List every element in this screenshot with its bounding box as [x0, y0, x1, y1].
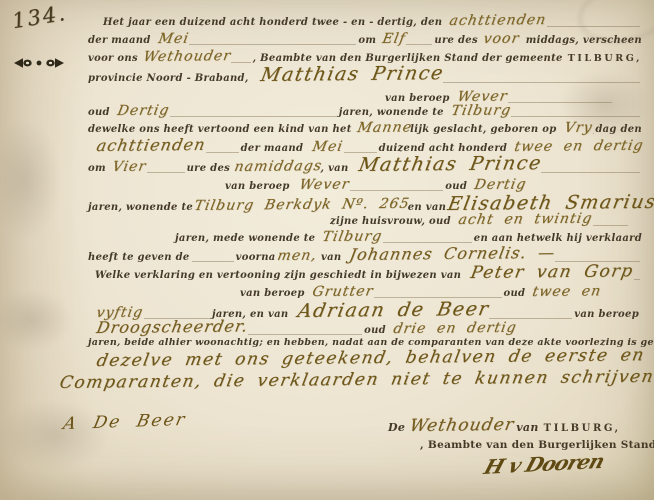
hw-official-role: Wethouder [142, 48, 233, 65]
hw-officer-role: Wethouder [408, 415, 516, 436]
bleed-through-mark [0, 120, 60, 240]
hw-weekday: Vry [563, 120, 594, 136]
line-mother-residence: jaren, mede wonende te Tilburg en aan he… [175, 229, 642, 246]
printed-welke-verklaring: Welke verklaring en vertooning zijn gesc… [95, 270, 461, 283]
witness-signature: A De Beer [61, 410, 188, 434]
printed-van-beroep3: van beroep [240, 288, 305, 301]
hw-father-age: Dertig [473, 176, 528, 193]
hw-birth-month: Mei [311, 139, 344, 155]
child-name: Johannes Cornelis. — [348, 243, 557, 264]
bleed-through-mark [0, 400, 110, 470]
printed-van3: van [516, 421, 538, 435]
printed-geslacht: lijk geslacht, geboren op [410, 124, 556, 137]
printed-om: om [358, 35, 376, 48]
hw-witness2-occupation: Droogscheerder. [95, 316, 250, 337]
father-name: Matthias Prince [259, 62, 446, 86]
line-father-occupation-age: van beroep Wever oud Dertig [225, 177, 525, 194]
hw-hour: Elf [381, 31, 407, 47]
printed-de: De [388, 421, 405, 435]
bleed-through-mark [0, 290, 72, 350]
line-witness1: Welke verklaring en vertooning zijn gesc… [95, 263, 642, 283]
printed-ure-des2: ure des [187, 163, 230, 176]
hw-birth-hour: Vier [111, 159, 148, 175]
hw-day-ordinal: achttienden [448, 12, 548, 29]
hw-men: men, [276, 248, 318, 264]
printed-oud: oud [88, 107, 110, 120]
hw-mother-age: acht en twintig [457, 211, 594, 228]
hw-month: Mei [157, 31, 190, 47]
line-mother-age: zijne huisvrouw, oud acht en twintig [330, 212, 630, 229]
hw-namiddags: namiddags [233, 158, 324, 175]
printed-wonende: jaren, wonende te [339, 107, 444, 120]
line-witness2-occupation-age: Droogscheerder. oud drie en dertig [95, 318, 515, 338]
line-closing-hw-2: Comparanten, die verklaarden niet te kun… [58, 373, 654, 393]
hw-voor: voor [482, 31, 521, 47]
witness1-name: Peter van Gorp [469, 261, 635, 283]
printed-province: provincie Noord - Braband, [88, 73, 249, 86]
printed-officer-title: , Beambte van den Burgerlijken Stand, [420, 439, 654, 452]
printed-ure-des: ure des [434, 35, 477, 48]
line-officer-title: , Beambte van den Burgerlijken Stand, [420, 439, 654, 452]
printed-oud2: oud [445, 181, 467, 194]
hw-mother-residence: Tilburg [321, 228, 384, 245]
hw-sex: Manne [356, 119, 414, 136]
line-month-hour: der maand Mei om Elf ure des voor middag… [88, 31, 642, 48]
printed-dag-den: dag den [595, 124, 642, 137]
printed-wonende2: jaren, wonende te [88, 202, 193, 215]
chain-ornament-icon [13, 55, 65, 74]
printed-mede-wonende: jaren, mede wonende te [175, 233, 315, 246]
hw-witness2-age: drie en dertig [392, 320, 518, 337]
hw-birth-day: achttienden [95, 135, 207, 155]
line-birth-date: achttienden der maand Mei duizend acht h… [95, 136, 642, 156]
act-number: 134. [10, 1, 68, 33]
printed-van-beroep4: van beroep [574, 309, 639, 322]
printed-middags: middags, verscheen [526, 35, 642, 48]
hw-father-occupation: Wever [298, 176, 351, 193]
hw-witness1-occupation: Grutter [311, 283, 375, 300]
printed-tilburg: TILBURG, [568, 53, 642, 64]
line-year-day: Het jaar een duizend acht honderd twee -… [103, 13, 642, 30]
father-name-2: Matthias Prince [357, 152, 544, 176]
line-declarant-age: oud Dertig jaren, wonende te Tilburg [88, 103, 642, 120]
printed-month-label: der maand [88, 35, 151, 48]
hw-witness1-age-part: twee en [531, 283, 603, 300]
printed-om2: om [88, 163, 106, 176]
printed-van-beroep2: van beroep [225, 181, 290, 194]
line-province-declarant: provincie Noord - Braband, Matthias Prin… [88, 64, 642, 86]
printed-huisvrouw: zijne huisvrouw, oud [330, 216, 451, 229]
printed-oud3: oud [504, 288, 526, 301]
officer-signature: H v Dooren [481, 449, 607, 479]
line-child-sex-birthday: dewelke ons heeft vertoond een kind van … [88, 120, 642, 137]
birth-act-document: 134. Het jaar een duizend acht honderd t… [0, 0, 654, 500]
printed-year-text: Het jaar een duizend acht honderd twee -… [103, 17, 442, 30]
line-officer: De Wethouder van TILBURG, [388, 416, 636, 436]
hw-residence: Tilburg [450, 102, 513, 119]
hw-age: Dertig [116, 102, 171, 119]
printed-vertoond: dewelke ons heeft vertoond een kind van … [88, 124, 352, 137]
printed-tilburg-2: TILBURG, [544, 423, 621, 434]
printed-oud4: oud [364, 325, 386, 338]
line-birth-hour-father: om Vier ure des namiddags , van Matthias… [88, 154, 642, 176]
printed-van: , van [321, 163, 349, 176]
